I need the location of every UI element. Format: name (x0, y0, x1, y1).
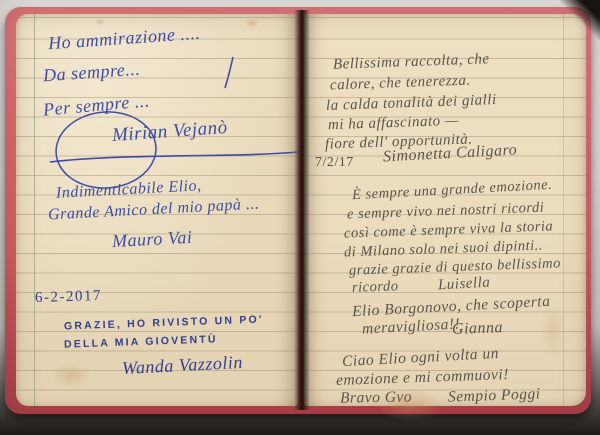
entry2-signature: Mauro Vai (112, 227, 193, 252)
r-entry3-signature: Gianna (452, 319, 504, 339)
r-entry1-date: 7/2/17 (315, 155, 354, 171)
r-entry2-signature: Luisella (438, 275, 491, 295)
r-entry4-line: Bravo Gvo (340, 388, 412, 407)
r-entry4-signature: Sempio Poggi (448, 385, 541, 406)
guestbook-photo: Ho ammirazione .... Da sempre... Per sem… (0, 0, 600, 435)
r-entry2-line: ricordo (352, 278, 399, 297)
binding-gutter (294, 10, 310, 410)
left-page-date: 6-2-2017 (35, 288, 103, 307)
photo-corner-shadow (554, 0, 600, 40)
